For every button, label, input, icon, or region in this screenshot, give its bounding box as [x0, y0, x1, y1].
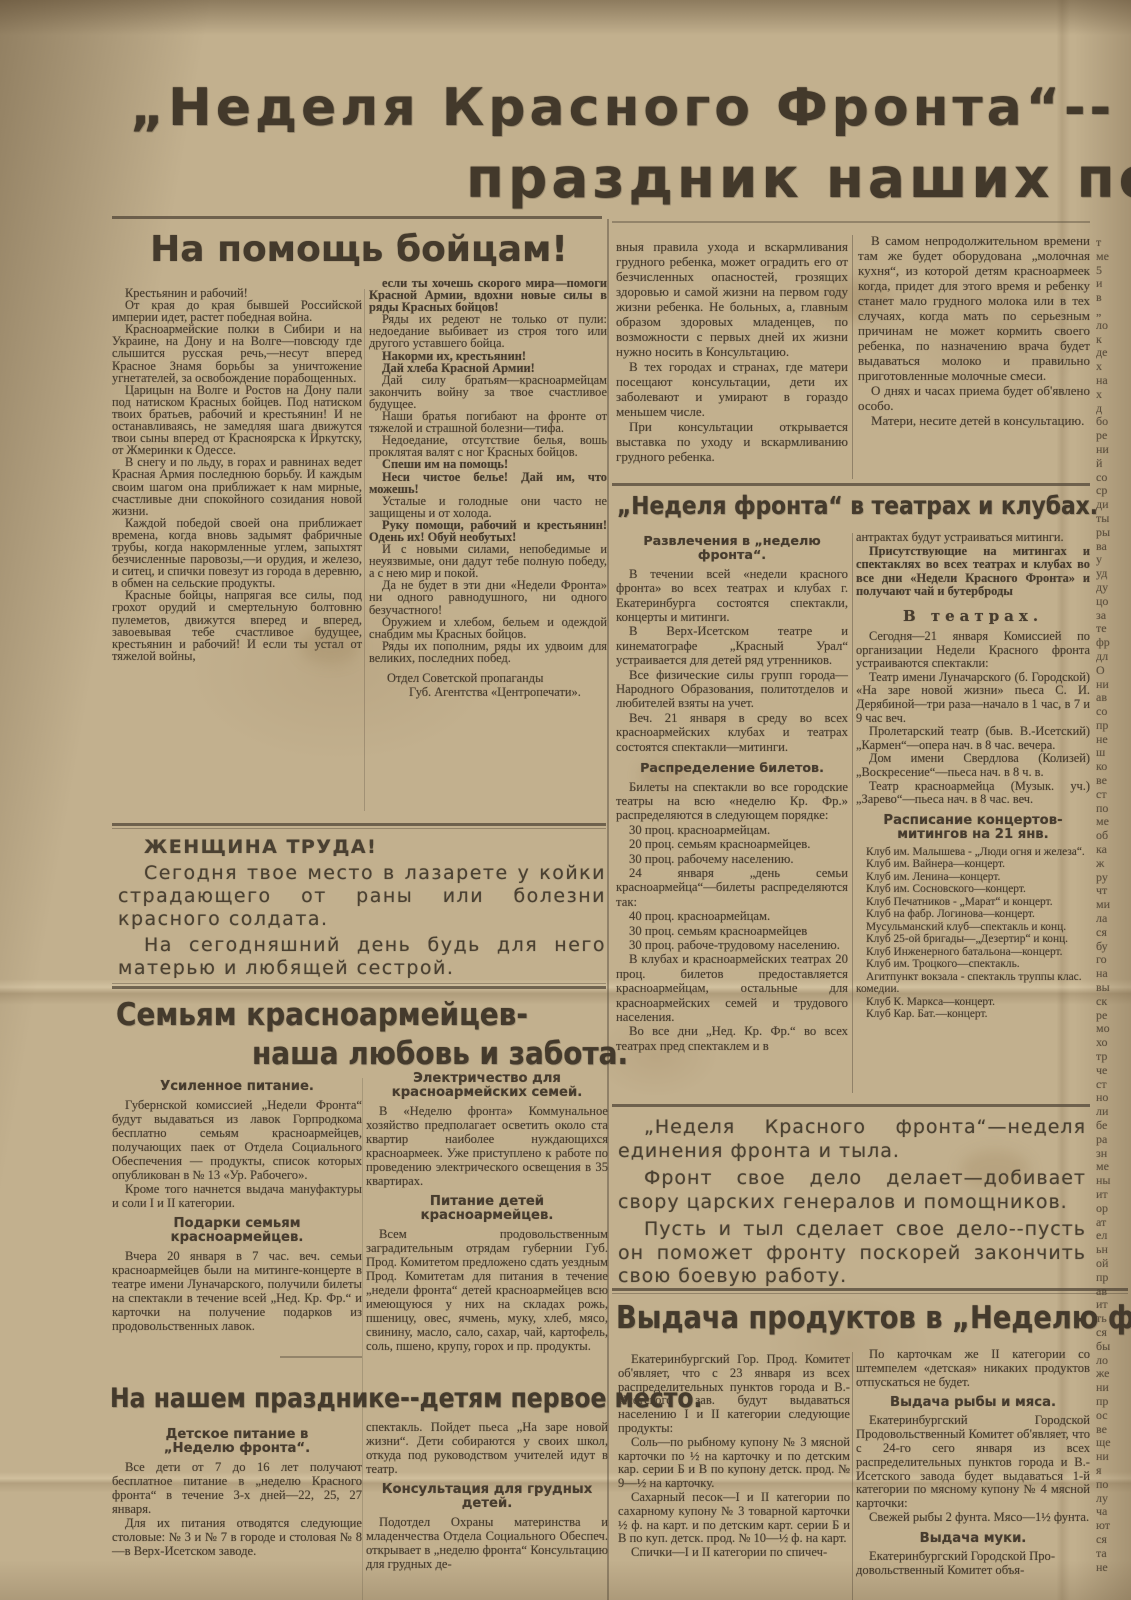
paragraph: Все физические силы групп города—Народно…: [616, 668, 848, 711]
paragraph: Екатеринбургский Городской Про-: [856, 1550, 1090, 1564]
families-title-wrap-2: наша любовь и забота.: [252, 1036, 670, 1072]
subheading: Электричество для красноармейских семей.: [366, 1072, 608, 1100]
paragraph: Царицын на Волге и Ростов на Дону пали п…: [112, 384, 362, 457]
list-item: 40 проц. красноармейцам.: [616, 909, 848, 923]
list-item: Клуб им. Ленина—концерт.: [856, 871, 1090, 884]
paragraph: Усталые и голодные они часто не защищены…: [369, 495, 607, 519]
article-title-help: На помощь бойцам!: [112, 229, 606, 270]
paragraph: Веч. 21 января в среду во всех красноарм…: [616, 711, 848, 754]
paragraph: Свежей рыбы 2 фунта. Мясо—1½ фунта.: [856, 1511, 1090, 1525]
divider-rule: [112, 823, 606, 826]
theatre-section-title: „Неделя фронта“ в театрах и клубах.: [617, 491, 1098, 520]
children-title: На нашем празднике--детям первое место.: [110, 1383, 702, 1414]
woman-of-labor-box: ЖЕНЩИНА ТРУДА! Сегодня твое место в лаза…: [118, 836, 606, 983]
divider-rule: [612, 1104, 1090, 1107]
subheading: Выдача муки.: [856, 1532, 1090, 1546]
subheading: Усиленное питание.: [112, 1080, 362, 1094]
theatre-section-title-wrap: „Неделя фронта“ в театрах и клубах.: [617, 491, 1131, 520]
families-title-line1: Семьям красноармейцев-: [116, 997, 528, 1033]
paragraph: В снегу и по льду, в горах и равнинах ве…: [112, 456, 362, 516]
products-column-2: По карточкам же II категории со штемпеле…: [856, 1348, 1090, 1577]
paragraph: Каждой победой своей она приближает врем…: [112, 517, 362, 590]
masthead-line1: „Неделя Красного Фронта“--: [130, 78, 1115, 138]
paragraph: Фронт свое дело делает—добивает свору ца…: [618, 1167, 1086, 1214]
paragraph: Неси чистое белье! Дай им, что можешь!: [369, 471, 607, 495]
column-divider: [852, 235, 853, 479]
paragraph: Дом имени Свердлова (Колизей) „Воскресен…: [856, 752, 1090, 779]
paragraph: спектакль. Пойдет пьеса „На заре новой ж…: [366, 1420, 608, 1476]
article-signature: Отдел Советской пропаганды Губ. Агентств…: [369, 671, 607, 699]
list-item: Клуб 25-ой бригады—„Дезертир“ и конц.: [856, 933, 1090, 946]
list-item: Клуб им. Сосновского—концерт.: [856, 883, 1090, 896]
paragraph: довольственный Комитет объя-: [856, 1564, 1090, 1578]
products-title: Выдача продуктов в „Неделю фронта“.: [616, 1300, 1131, 1336]
paragraph: Матери, несите детей в консультацию.: [858, 413, 1090, 428]
paragraph: Спички—I и II категории по спичеч-: [618, 1546, 850, 1560]
subheading: Распределение билетов.: [616, 761, 848, 775]
paragraph: Театр красноармейца (Музык. уч.) „Зарево…: [856, 780, 1090, 807]
paragraph: Пролетарский театр (быв. В.-Исетский) „К…: [856, 725, 1090, 752]
paragraph: Оружием и хлебом, бельем и одеждой снабд…: [369, 616, 607, 640]
list-item: Клуб на фабр. Логинова—концерт.: [856, 908, 1090, 921]
paragraph: антрактах будут устраиваться митинги.: [856, 531, 1090, 545]
products-column-1: Екатеринбургский Гор. Прод. Комитет об'я…: [618, 1353, 850, 1560]
signature-line: Губ. Агентства «Центропечати».: [369, 685, 607, 699]
paragraph: И с новыми силами, непобедимые и неуязви…: [369, 543, 607, 579]
products-title-wrap: Выдача продуктов в „Неделю фронта“.: [616, 1300, 1131, 1336]
children-column-1: Детское питание в „Неделю фронта“. Все д…: [112, 1428, 362, 1558]
paragraph: Театр имени Луначарского (б. Городской) …: [856, 671, 1090, 725]
list-item: Клуб Печатников - „Марат“ и концерт.: [856, 896, 1090, 909]
unity-slogan-block: „Неделя Красного фронта“—неделя единения…: [618, 1116, 1086, 1293]
masthead-line2: праздник наших побед: [466, 146, 1131, 210]
newspaper-page: „Неделя Красного Фронта“-- праздник наши…: [0, 0, 1131, 1600]
families-column-2: Электричество для красноармейских семей.…: [366, 1072, 608, 1353]
woman-box-title: ЖЕНЩИНА ТРУДА!: [118, 836, 606, 859]
list-item: 30 проц. красноармейцам.: [616, 823, 848, 837]
paragraph: Красноармейские полки в Сибири и на Укра…: [112, 323, 362, 383]
paragraph: Ряды их пополним, ряды их удвоим для вел…: [369, 640, 607, 664]
paragraph: Билеты на спектакли во все городские теа…: [616, 780, 848, 823]
help-column-2: если ты хочешь скорого мира—помоги Красн…: [369, 277, 607, 699]
paragraph: если ты хочешь скорого мира—помоги Красн…: [369, 277, 607, 313]
column-divider: [852, 1352, 853, 1600]
subheading: Питание детей красноармейцев.: [366, 1195, 608, 1223]
infant-column-1: вныя правила ухода и вскармливания грудн…: [616, 239, 848, 464]
divider-rule: [112, 828, 606, 829]
list-item: 30 проц. семьям красноармейцев: [616, 924, 848, 938]
column-divider: [364, 289, 365, 811]
paragraph: Дай силу братьям—красноармейцам закончит…: [369, 374, 607, 410]
paragraph: Подотдел Охраны материнства и младенчест…: [366, 1515, 608, 1571]
theatre-column-1: Развлечения в „неделю фронта“. В течении…: [616, 534, 848, 1053]
paragraph: вныя правила ухода и вскармливания грудн…: [616, 239, 848, 359]
theatre-column-2: антрактах будут устраиваться митинги. Пр…: [856, 531, 1090, 1021]
paragraph: Сегодня—21 января Комиссией по организац…: [856, 630, 1090, 671]
paragraph: Да не будет в эти дни «Недели Фронта» ни…: [369, 579, 607, 615]
column-divider: [852, 533, 853, 1093]
paragraph: Все дети от 7 до 16 лет получают бесплат…: [112, 1460, 362, 1516]
paragraph: Соль—по рыбному купону № 3 мясной карточ…: [618, 1436, 850, 1491]
paragraph: Для их питания отводятся следующие столо…: [112, 1516, 362, 1558]
divider-rule: [612, 1293, 1128, 1294]
divider-rule: [280, 1356, 362, 1358]
paragraph: Красные бойцы, напрягая все силы, под гр…: [112, 589, 362, 662]
paragraph: От края до края бывшей Российской импери…: [112, 299, 362, 323]
paragraph: На сегодняшний день будь для него матерь…: [118, 934, 606, 980]
paragraph: 24 января „день семьи красноармейца“—бил…: [616, 866, 848, 909]
subheading: Расписание концертов-митингов на 21 янв.: [879, 814, 1066, 842]
infant-column-2: В самом непродолжительном времени там же…: [858, 233, 1090, 428]
edge-clipped-column-fragments: т ме 5 и в „ ло к де х на х д бо ре ни й…: [1096, 236, 1130, 1596]
paragraph: Недоедание, отсутствие белья, вошь прокл…: [369, 434, 607, 458]
subheading: Развлечения в „неделю фронта“.: [616, 534, 848, 563]
signature-line: Отдел Советской пропаганды: [369, 671, 607, 685]
paragraph: Всем продовольственным заградительным от…: [366, 1227, 608, 1353]
subheading: Консультация для грудных детей.: [366, 1483, 608, 1511]
families-column-1: Усиленное питание. Губернской комиссией …: [112, 1080, 362, 1333]
list-item: 30 проц. рабочему населению.: [616, 852, 848, 866]
paragraph: Дай хлеба Красной Армии!: [369, 362, 607, 374]
help-column-1: Крестьянин и рабочий! От края до края бы…: [112, 287, 362, 662]
paragraph: Наши братья погибают на фронте от тяжело…: [369, 410, 607, 434]
paragraph: „Неделя Красного фронта“—неделя единения…: [618, 1116, 1086, 1163]
paragraph: О днях и часах приема будет об'явлено ос…: [858, 383, 1090, 413]
subheading: Подарки семьям красноармейцев.: [112, 1217, 362, 1245]
paragraph: Спеши им на помощь!: [369, 458, 607, 470]
list-item: Клуб Инженерного батальона—концерт.: [856, 946, 1090, 959]
paragraph: Вчера 20 января в 7 час. веч. семьи крас…: [112, 1249, 362, 1333]
families-title-wrap-1: Семьям красноармейцев-: [116, 997, 574, 1033]
paragraph: По карточкам же II категории со штемпеле…: [856, 1348, 1090, 1389]
list-item: Клуб им. Малышева - „Люди огня и железа“…: [856, 846, 1090, 859]
paragraph: Руку помощи, рабочий и крестьянин! Одень…: [369, 519, 607, 543]
families-title-line2: наша любовь и забота.: [252, 1036, 628, 1072]
list-item: 20 проц. семьям красноармейцев.: [616, 837, 848, 851]
paragraph: В самом непродолжительном времени там же…: [858, 233, 1090, 383]
paragraph: Сахарный песок—I и II категории по сахар…: [618, 1491, 850, 1546]
list-item: Мусульманский клуб—спектакль и конц.: [856, 921, 1090, 934]
list-item: Агитпункт вокзала - спектакль труппы кла…: [856, 971, 1090, 996]
paragraph: Сегодня твое место в лазарете у койки ст…: [118, 862, 606, 931]
list-item: Клуб К. Маркса—концерт.: [856, 996, 1090, 1009]
list-item: Клуб им. Вайнера—концерт.: [856, 858, 1090, 871]
divider-rule: [612, 1288, 1128, 1291]
subheading: Выдача рыбы и мяса.: [856, 1396, 1090, 1410]
paragraph: Накорми их, крестьянин!: [369, 350, 607, 362]
children-column-2: спектакль. Пойдет пьеса „На заре новой ж…: [366, 1420, 608, 1571]
list-item: Клуб Кар. Бат.—концерт.: [856, 1008, 1090, 1021]
paragraph: Ряды их редеют не только от пули: недоед…: [369, 313, 607, 349]
paragraph: В тех городах и странах, где матери посе…: [616, 359, 848, 419]
column-divider: [362, 1078, 363, 1600]
paragraph: Екатеринбургский Гор. Прод. Комитет об'я…: [618, 1353, 850, 1436]
divider-rule: [112, 983, 606, 984]
paragraph: В клубах и красноармейских театрах 20 пр…: [616, 952, 848, 1024]
divider-rule: [612, 483, 1090, 486]
paragraph: Екатеринбургский Городской Продовольстве…: [856, 1414, 1090, 1511]
divider-rule: [612, 221, 1090, 223]
paragraph: В течении всей «недели красного фронта» …: [616, 567, 848, 625]
list-item: 30 проц. рабоче-трудовому населению.: [616, 938, 848, 952]
subheading: Детское питание в „Неделю фронта“.: [137, 1428, 337, 1456]
divider-rule: [112, 986, 606, 989]
paragraph: Кроме того начнется выдача мануфактуры и…: [112, 1182, 362, 1210]
paragraph: Пусть и тыл сделает свое дело--пусть он …: [618, 1218, 1086, 1289]
paragraph: В Верх-Исетском театре и кинематографе „…: [616, 624, 848, 667]
list-item: Клуб им. Троцкого—спектакль.: [856, 958, 1090, 971]
paragraph: В «Неделю фронта» Коммунальное хозяйство…: [366, 1104, 608, 1188]
paragraph: При консультации открывается выставка по…: [616, 419, 848, 464]
divider-rule: [112, 216, 602, 219]
paragraph: Присутствующие на митингах и спектаклях …: [856, 545, 1090, 599]
paragraph: Губернской комиссией „Недели Фронта“ буд…: [112, 1098, 362, 1182]
subheading: В театрах.: [856, 607, 1090, 625]
